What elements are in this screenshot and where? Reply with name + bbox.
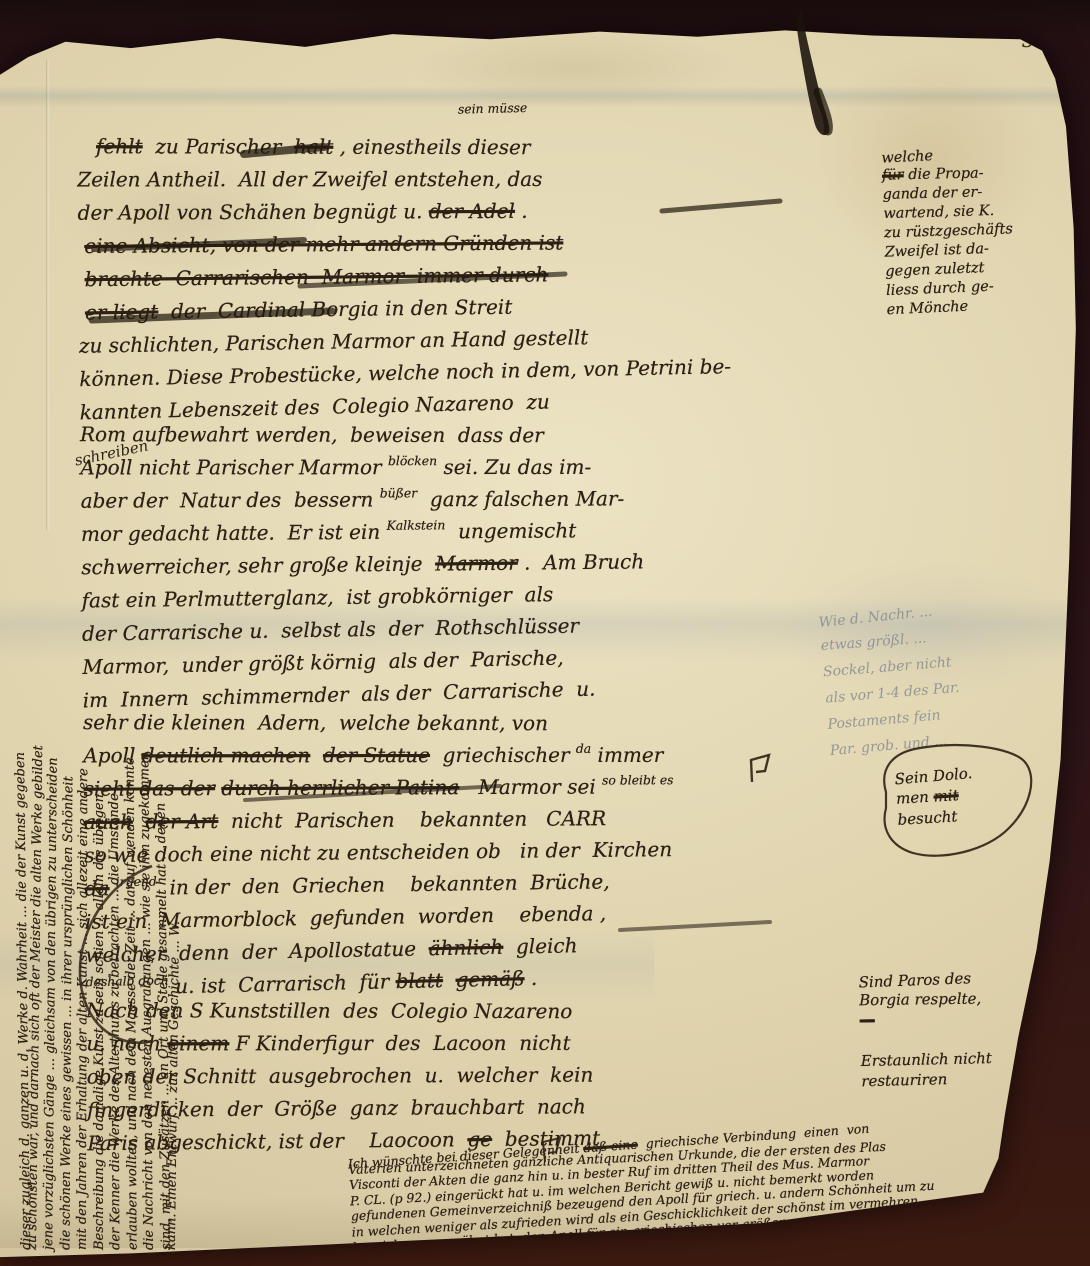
right-margin-note-top: welchefür die Propa-ganda der er-wartend…	[881, 143, 1037, 319]
handwritten-line: Apoll deutlich machen der Statue griechi…	[83, 740, 893, 773]
struck-text: ähnlich	[428, 935, 503, 960]
handwritten-line: Erstaunlich nicht	[861, 1048, 1041, 1072]
left-margin-vertical-text: dieser zugleich d. ganzen u. d. Werke d.…	[14, 426, 192, 1250]
handwritten-line: Nach den S Kunststillen des Colegio Naza…	[86, 995, 896, 1029]
struck-text: fehlt	[96, 134, 143, 158]
handwritten-line: restauriren	[861, 1068, 1041, 1093]
page-number: 3.	[1022, 30, 1040, 52]
handwritten-line: oben der Schnitt ausgebrochen u. welcher…	[87, 1058, 897, 1093]
handwritten-line: der Apoll von Schähen begnügt u. der Ade…	[78, 194, 888, 229]
interlinear-insert: Kalkstein	[386, 510, 445, 540]
paper-surface: 3. sein müsse fehlt zu Parischer halt , …	[0, 0, 1090, 1266]
struck-text: mit	[933, 786, 959, 805]
struck-text: der Statue	[323, 743, 430, 767]
struck-text: für	[882, 167, 904, 183]
main-text-block: sein müsse fehlt zu Parischer halt , ein…	[76, 96, 897, 1160]
handwritten-line: aber der Natur des bessern büßer ganz fa…	[81, 482, 891, 517]
struck-text: Marmor	[435, 551, 518, 576]
handwritten-line: Borgia respelte,	[859, 989, 1039, 1011]
interlinear-insert: so bleibt es	[602, 765, 674, 795]
interlinear-insert: büßer	[380, 478, 418, 508]
struck-text: durch herrlicher Patina	[221, 775, 459, 800]
struck-text: eine Absicht, von der mehr andern Gründe…	[84, 230, 563, 258]
manuscript-scan: 3. sein müsse fehlt zu Parischer halt , …	[0, 0, 1090, 1266]
handwritten-line: Rom aufbewahrt werden, beweisen dass der	[80, 419, 890, 453]
handwritten-line: Beschreibung die damalige Kunst zu sein …	[92, 426, 108, 1250]
interlinear-insert: sein müsse	[458, 93, 528, 125]
handwritten-line: u. noch einem F Kinderfigur des Lacoon n…	[86, 1028, 896, 1061]
left-margin-vertical-block: dieser zugleich d. ganzen u. d. Werke d.…	[14, 426, 192, 1250]
struck-text: er liegt	[85, 299, 159, 324]
struck-text: gemäß	[455, 966, 524, 992]
handwritten-line: fehlt zu Parischer halt , einestheils di…	[77, 131, 887, 165]
struck-text: —	[860, 1011, 875, 1029]
right-margin-note-mid: Sind Paros desBorgia respelte,— Erstaunl…	[858, 968, 1041, 1093]
handwritten-line: mit den Jahren der Erhaltung der alten K…	[75, 426, 93, 1250]
struck-text: der Adel	[429, 199, 515, 223]
handwritten-line: Zeilen Antheil. All der Zweifel entstehe…	[77, 164, 887, 197]
struck-text: blatt	[395, 968, 443, 993]
pencil-margin-note: Wie d. Nachr. ...etwas größl. ...Sockel,…	[818, 591, 1046, 765]
interlinear-insert: da	[576, 734, 591, 764]
paper-sheet: 3. sein müsse fehlt zu Parischer halt , …	[0, 0, 1090, 1266]
handwritten-line: sehr die kleinen Adern, welche bekannt, …	[83, 707, 893, 741]
struck-text: brachte Carrarischen Marmor immer durch	[85, 262, 549, 291]
interlinear-insert: blöcken	[388, 446, 437, 476]
handwritten-line: sieht das der durch herrlicher Patina Ma…	[84, 770, 894, 805]
circled-annotation: Sein Dolo.men mitbesucht	[894, 760, 1028, 832]
struck-text: halt	[294, 135, 333, 159]
handwritten-line: Apoll nicht Parischer Marmor blöcken sei…	[80, 452, 890, 485]
